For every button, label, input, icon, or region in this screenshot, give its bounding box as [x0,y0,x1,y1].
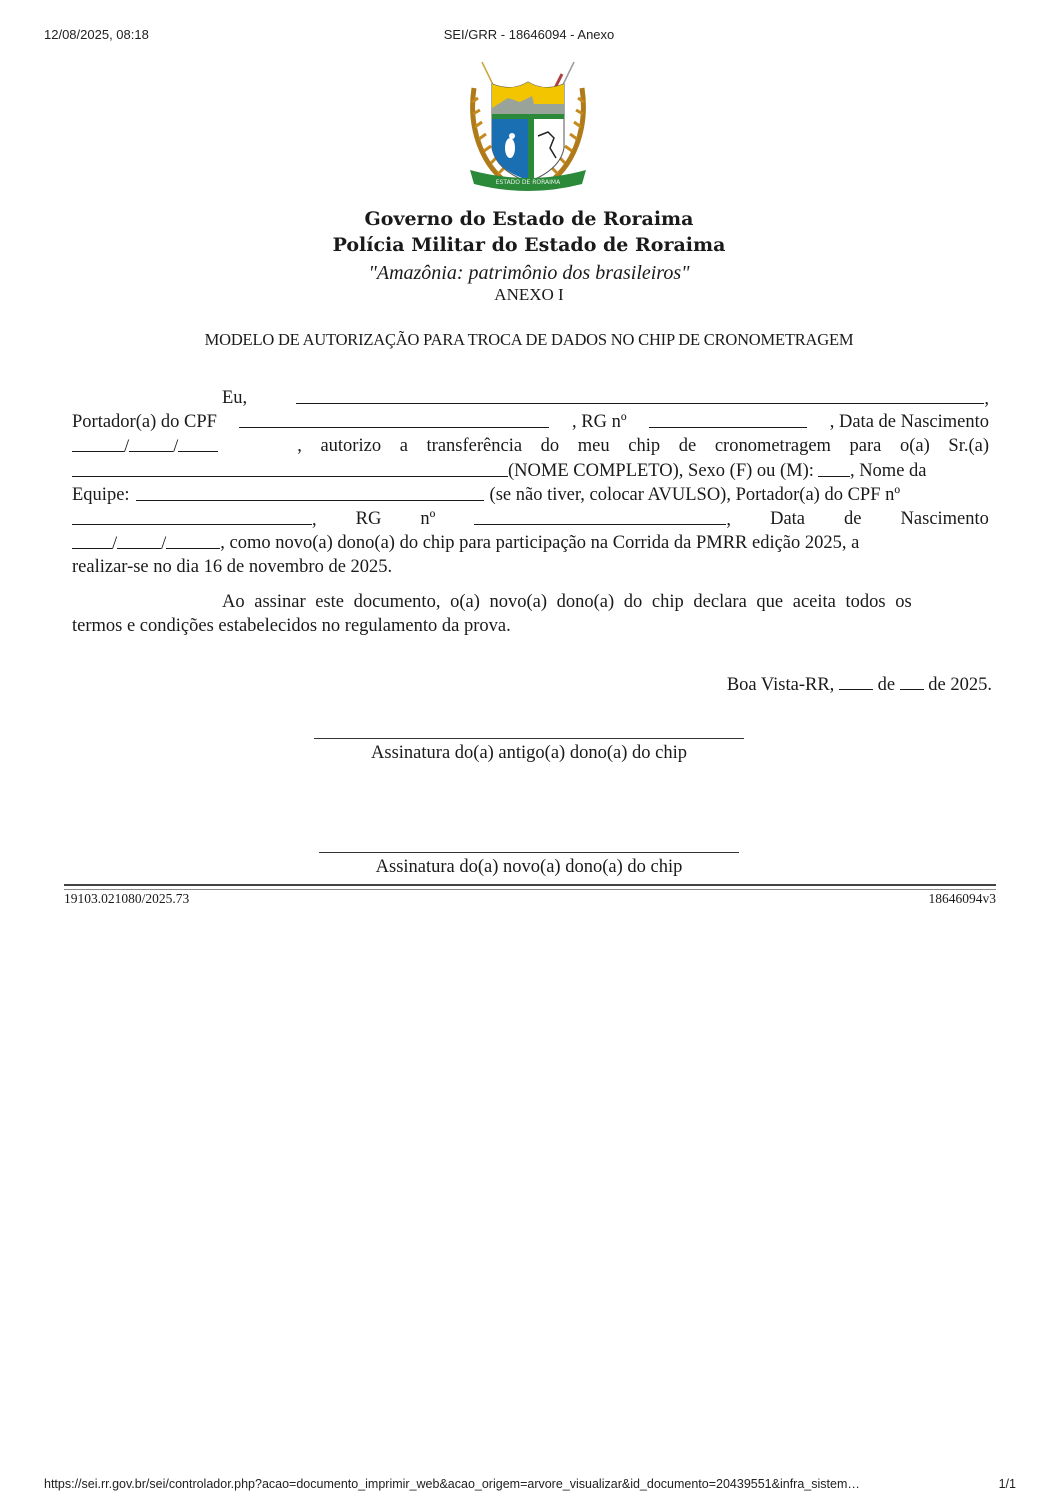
document-version: 18646094v3 [929,891,997,907]
signature-label: Assinatura do(a) antigo(a) dono(a) do ch… [0,743,1058,764]
heading-police: Polícia Militar do Estado de Roraima [0,234,1058,256]
team-name-label: , Nome da [850,459,927,483]
acceptance-paragraph: Ao assinar este documento, o(a) novo(a) … [72,590,989,638]
owner-birth-year-blank[interactable] [178,434,218,452]
state-coat-of-arms-icon: ESTADO DE RORAIMA [462,58,594,198]
owner-name-blank[interactable] [296,386,984,404]
new-owner-rg-blank[interactable] [474,507,726,525]
owner-birth-month-blank[interactable] [129,434,173,452]
comma: , [312,510,317,530]
de-word: de [878,675,895,695]
signature-label: Assinatura do(a) novo(a) dono(a) do chip [0,857,1058,878]
cpf-label: Portador(a) do CPF [72,410,217,434]
month-blank[interactable] [900,672,924,690]
place-date: Boa Vista-RR, de de 2025. [727,672,992,696]
new-owner-cpf-blank[interactable] [72,507,312,525]
day-blank[interactable] [839,672,873,690]
process-number: 19103.021080/2025.73 [64,891,189,907]
de-word: de [844,507,861,531]
signature-new-owner: Assinatura do(a) novo(a) dono(a) do chip [0,852,1058,878]
place-label: Boa Vista-RR, [727,675,835,695]
sex-blank[interactable] [818,459,850,477]
team-label: Equipe: [72,483,130,507]
svg-text:ESTADO DE RORAIMA: ESTADO DE RORAIMA [496,179,561,186]
rg-label: , RG nº [572,410,627,434]
team-blank[interactable] [136,483,484,501]
new-owner-birth-month-blank[interactable] [117,531,161,549]
rg2-no-label: nº [420,507,435,531]
rg2-label: RG [356,507,382,531]
document-title: MODELO DE AUTORIZAÇÃO PARA TROCA DE DADO… [0,330,1058,350]
page-number: 1/1 [999,1477,1016,1491]
annex-label: ANEXO I [0,285,1058,305]
comma: , [984,389,989,409]
owner-rg-blank[interactable] [649,410,807,428]
footer-divider [64,884,996,890]
new-owner-text: , como novo(a) dono(a) do chip para part… [220,531,859,555]
owner-cpf-blank[interactable] [239,410,549,428]
full-name-label: (NOME COMPLETO), Sexo (F) ou (M): [508,459,814,483]
data-word: Data [770,507,805,531]
heading-government: Governo do Estado de Roraima [0,208,1058,230]
nascimento-word: Nascimento [901,507,989,531]
acceptance-line-2: termos e condições estabelecidos no regu… [72,614,511,638]
new-owner-birth-year-blank[interactable] [166,531,220,549]
authorize-text: , autorizo a transferência do meu chip d… [297,434,989,458]
print-url: https://sei.rr.gov.br/sei/controlador.ph… [44,1477,860,1491]
new-owner-birth-day-blank[interactable] [72,531,112,549]
year-text: de 2025. [928,675,992,695]
signature-old-owner: Assinatura do(a) antigo(a) dono(a) do ch… [0,738,1058,764]
signature-line[interactable] [314,738,744,739]
eu-label: Eu, [72,386,247,410]
birthdate-label: , Data de Nascimento [830,410,989,434]
motto: "Amazônia: patrimônio dos brasileiros" [0,262,1058,285]
signature-line[interactable] [319,852,739,853]
avulso-text: (se não tiver, colocar AVULSO), Portador… [490,483,901,507]
acceptance-line-1: Ao assinar este documento, o(a) novo(a) … [72,590,912,614]
comma: , [726,510,731,530]
event-date-text: realizar-se no dia 16 de novembro de 202… [72,555,392,579]
new-owner-name-blank[interactable] [72,459,508,477]
authorization-paragraph: Eu, , Portador(a) do CPF , RG nº , Data … [72,386,989,580]
owner-birth-day-blank[interactable] [72,434,124,452]
print-title: SEI/GRR - 18646094 - Anexo [0,27,1058,42]
